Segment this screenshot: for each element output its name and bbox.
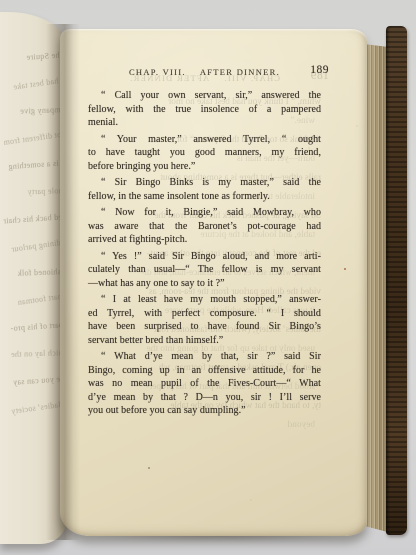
paragraph: “ Sir Bingo Binks is my master,” said th… [88, 176, 321, 203]
previous-page-fragment: hat which lay on the [4, 348, 66, 378]
text-line: have been surprised to have found Sir Bi… [88, 320, 321, 334]
previous-page-fragment: there is a something [0, 157, 66, 189]
header-showthrough-chapter: CHAP. VIII. [223, 73, 280, 83]
text-line: “ Now for it, Bingie,” said Mowbray, who [88, 206, 321, 220]
text-line: before bringing you here.” [88, 160, 321, 174]
text-line: “ Yes !” said Sir Bingo aloud, and more … [88, 250, 321, 264]
paragraph: “ Now for it, Bingie,” said Mowbray, who… [88, 206, 321, 247]
text-line: “ Your master,” answered Tyrrel, “ ought [88, 133, 321, 147]
text-line: you out before you can say dumpling.” [88, 404, 321, 418]
paragraph: “ Yes !” said Sir Bingo aloud, and more … [88, 250, 321, 291]
paragraph: “ Call your own servant, sir,” answered … [88, 89, 321, 130]
paragraph: “ What d’ye mean by that, sir ?” said Si… [88, 350, 321, 418]
page-text: “ Call your own servant, sir,” answered … [88, 89, 321, 421]
showthrough-text: beyond [82, 420, 315, 431]
book-page: whim, “ I think you had best take no mor… [60, 29, 367, 536]
paragraph: “ I at least have my mouth stopped,” ans… [88, 293, 321, 347]
header-showthrough-section: AFTER DINNER. [129, 73, 209, 83]
text-line: “ Call your own servant, sir,” answered … [88, 89, 321, 103]
text-line: ed Tyrrel, with perfect composure. “ I s… [88, 307, 321, 321]
book-photo: said the Squireyou had best takethe comp… [0, 0, 416, 555]
previous-page-fragment: that part of his pro- [0, 319, 66, 351]
page-header: CHAP. VIII.AFTER DINNER. 189 CHAP. VIII.… [88, 67, 321, 83]
text-line: fellow, with the true insolence of a pam… [88, 103, 321, 117]
text-line: —what has any one to say to it ?” [88, 277, 321, 291]
text-line: servant better bred than himself.” [88, 334, 321, 348]
text-line: “ What d’ye mean by that, sir ?” said Si… [88, 350, 321, 364]
text-line: “ I at least have my mouth stopped,” ans… [88, 293, 321, 307]
text-line: d’ye mean by that ? D—n you, sir ! I’ll … [88, 391, 321, 405]
previous-page-showthrough: said the Squireyou had best takethe comp… [1, 52, 66, 430]
text-line: fellow, in the same insolent tone as for… [88, 190, 321, 204]
text-line: “ Sir Bingo Binks is my master,” said th… [88, 176, 321, 190]
previous-page-fragment: the whole party [4, 186, 66, 216]
text-line: menial. [88, 116, 321, 130]
leather-binding [386, 26, 407, 535]
text-line: to have taught you good manners, my frie… [88, 146, 321, 160]
text-line: was no mean pupil of the Fives-Court—“ W… [88, 377, 321, 391]
header-showthrough: CHAP. VIII.AFTER DINNER. 189 [88, 73, 321, 83]
header-showthrough-text: CHAP. VIII.AFTER DINNER. [88, 73, 321, 83]
text-line: arrived at fighting-pitch. [88, 233, 321, 247]
paper-speckles [60, 29, 62, 31]
paragraph: “ Your master,” answered Tyrrel, “ ought… [88, 133, 321, 174]
text-line: culately than usual—“ The fellow is my s… [88, 263, 321, 277]
text-line: Bingo, coming up in an offensive attitud… [88, 364, 321, 378]
text-line: was aware that the Baronet’s pot-courage… [88, 220, 321, 234]
previous-page-edge: said the Squireyou had best takethe comp… [0, 12, 66, 544]
page-number-showthrough: 189 [310, 70, 329, 82]
